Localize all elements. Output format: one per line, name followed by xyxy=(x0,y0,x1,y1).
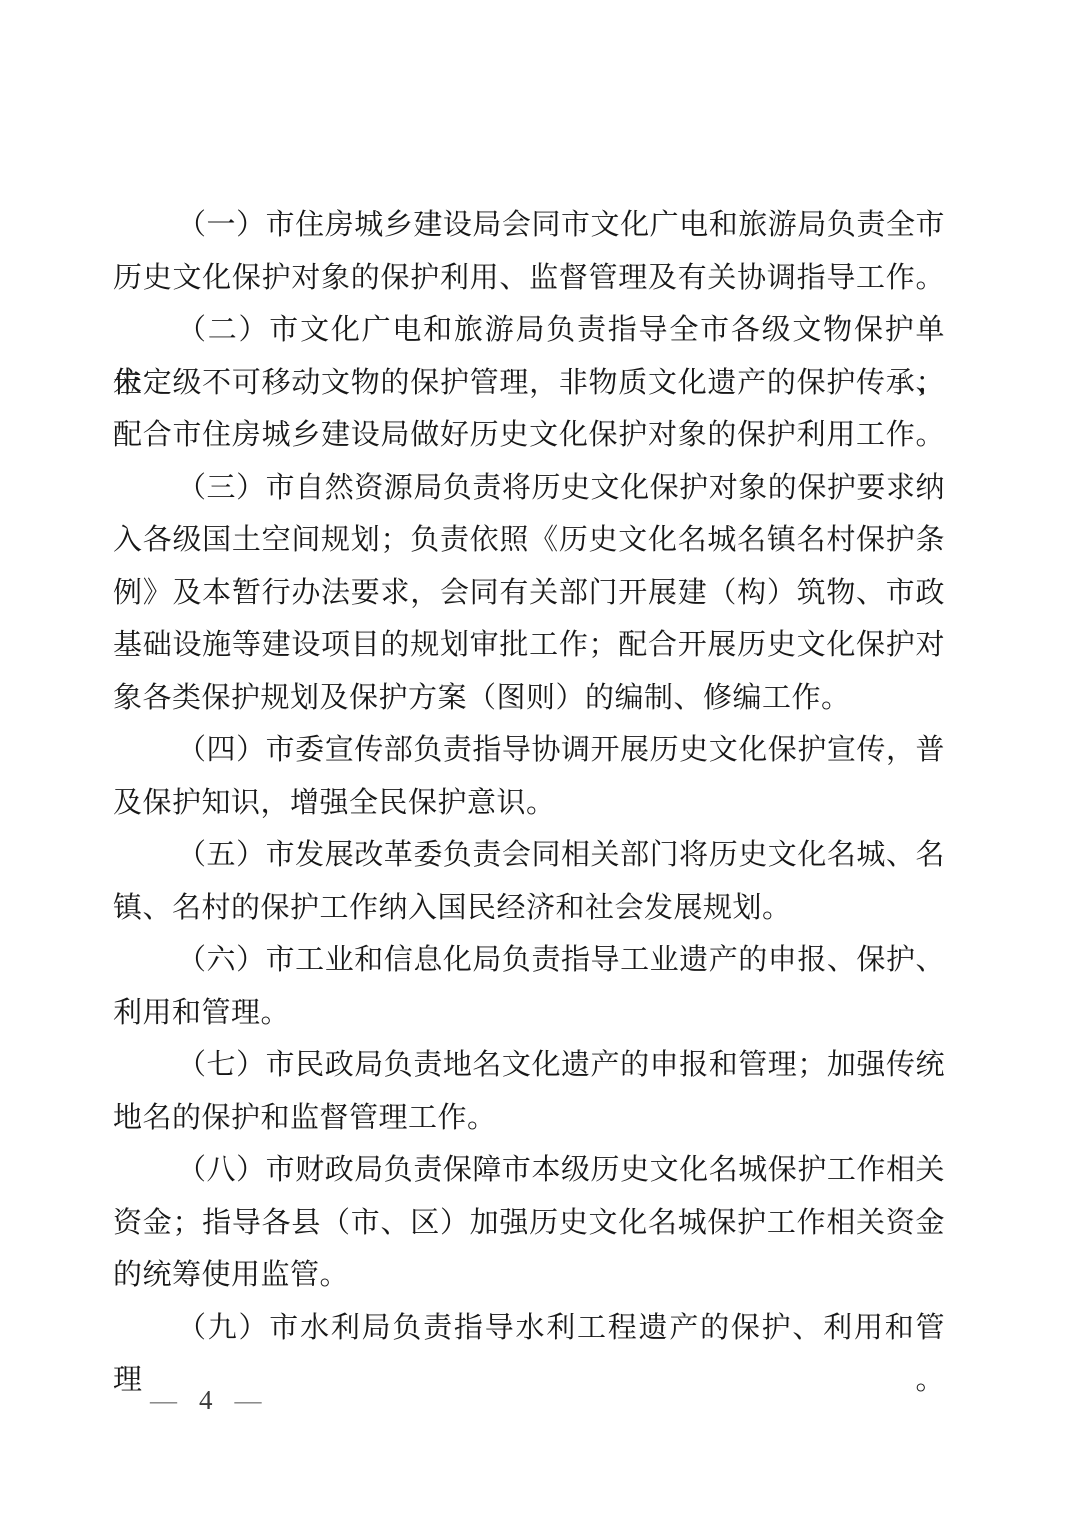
text-line: （五）市发展改革委负责会同相关部门将历史文化名城、名 xyxy=(113,829,945,882)
text-line: 未定级不可移动文物的保护管理，非物质文化遗产的保护传承； xyxy=(113,357,945,410)
text-line: （九）市水利局负责指导水利工程遗产的保护、利用和管理。 xyxy=(113,1302,945,1355)
text-line: 配合市住房城乡建设局做好历史文化保护对象的保护利用工作。 xyxy=(113,409,945,462)
text-line: 的统筹使用监管。 xyxy=(113,1249,945,1302)
text-line: （八）市财政局负责保障市本级历史文化名城保护工作相关 xyxy=(113,1144,945,1197)
page-number-dash-left: — xyxy=(150,1385,177,1415)
text-line: 历史文化保护对象的保护利用、监督管理及有关协调指导工作。 xyxy=(113,252,945,305)
text-line: （六）市工业和信息化局负责指导工业遗产的申报、保护、 xyxy=(113,934,945,987)
text-line: 及保护知识，增强全民保护意识。 xyxy=(113,777,945,830)
text-line: 镇、名村的保护工作纳入国民经济和社会发展规划。 xyxy=(113,882,945,935)
text-line: （七）市民政局负责地名文化遗产的申报和管理；加强传统 xyxy=(113,1039,945,1092)
text-line: （一）市住房城乡建设局会同市文化广电和旅游局负责全市 xyxy=(113,199,945,252)
text-line: （四）市委宣传部负责指导协调开展历史文化保护宣传，普 xyxy=(113,724,945,777)
text-line: 资金；指导各县（市、区）加强历史文化名城保护工作相关资金 xyxy=(113,1197,945,1250)
text-line: 入各级国土空间规划；负责依照《历史文化名城名镇名村保护条 xyxy=(113,514,945,567)
page-number-dash-right: — xyxy=(235,1385,262,1415)
text-line: 例》及本暂行办法要求，会同有关部门开展建（构）筑物、市政 xyxy=(113,567,945,620)
page-number-value: 4 xyxy=(199,1385,213,1415)
text-line: 基础设施等建设项目的规划审批工作；配合开展历史文化保护对 xyxy=(113,619,945,672)
text-line: （二）市文化广电和旅游局负责指导全市各级文物保护单位、 xyxy=(113,304,945,357)
text-line: （三）市自然资源局负责将历史文化保护对象的保护要求纳 xyxy=(113,462,945,515)
document-body: （一）市住房城乡建设局会同市文化广电和旅游局负责全市 历史文化保护对象的保护利用… xyxy=(113,199,945,1354)
page-number: — 4 — xyxy=(150,1385,262,1415)
document-page: （一）市住房城乡建设局会同市文化广电和旅游局负责全市 历史文化保护对象的保护利用… xyxy=(0,0,1074,1520)
text-line: 象各类保护规划及保护方案（图则）的编制、修编工作。 xyxy=(113,672,945,725)
text-line: 利用和管理。 xyxy=(113,987,945,1040)
text-line: 地名的保护和监督管理工作。 xyxy=(113,1092,945,1145)
